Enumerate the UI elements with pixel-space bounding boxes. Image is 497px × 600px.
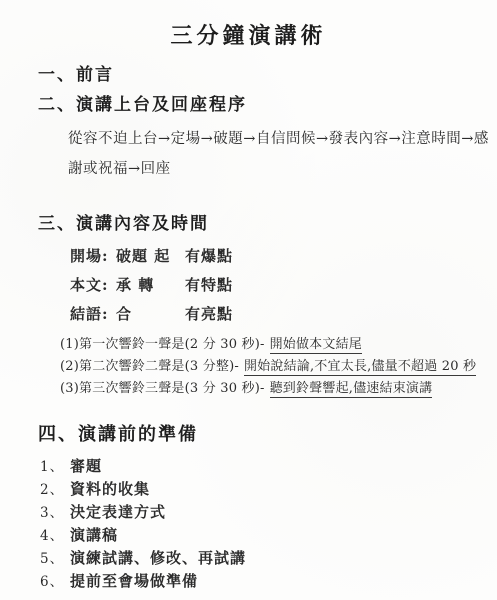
bell-line: (3)第三次響鈴三聲是(3 分 30 秒)-聽到鈴聲響起,儘速結束演講 <box>60 378 497 400</box>
row-note: 有亮點 <box>185 303 233 324</box>
row-body: 承 轉 <box>116 274 185 295</box>
row-label: 開場: <box>70 245 116 266</box>
procedure-flow-line: 謝或祝福→回座 <box>68 154 477 184</box>
list-item: 3、 決定表達方式 <box>40 501 497 524</box>
prep-list: 1、 審題 2、 資料的收集 3、 決定表達方式 4、 演講稿 5、 演練試講、… <box>40 455 497 593</box>
content-row: 本文: 承 轉 有特點 <box>70 274 497 303</box>
item-number: 3、 <box>40 502 70 525</box>
bell-underline: 聽到鈴聲響起,儘速結束演講 <box>270 381 433 398</box>
list-item: 1、 審題 <box>40 455 497 478</box>
row-note: 有特點 <box>185 274 233 295</box>
bell-text: (3)第三次響鈴三聲是(3 分 30 秒)- <box>60 381 265 396</box>
row-body: 破題 起 <box>116 245 185 266</box>
content-timing-rows: 開場: 破題 起 有爆點 本文: 承 轉 有特點 結語: 合 有亮點 <box>70 245 497 332</box>
section-heading-4: 四、演講前的準備 <box>38 422 497 448</box>
doc-title: 三分鐘演講術 <box>0 0 497 50</box>
bell-timing-notes: (1)第一次響鈴一聲是(2 分 30 秒)-開始做本文結尾 (2)第二次響鈴二聲… <box>60 334 497 400</box>
item-text: 演講稿 <box>70 524 118 547</box>
item-number: 2、 <box>40 479 70 502</box>
section-heading-1: 一、前言 <box>38 63 497 87</box>
bell-text: (1)第一次響鈴一聲是(2 分 30 秒)- <box>60 337 265 352</box>
bell-text: (2)第二次響鈴二聲是(3 分整)- <box>60 359 239 374</box>
procedure-flow-text: 從容不迫上台→定場→破題→自信問候→發表內容→注意時間→感 謝或祝福→回座 <box>68 124 477 184</box>
item-text: 資料的收集 <box>70 478 150 501</box>
bell-underline: 開始做本文結尾 <box>270 337 362 354</box>
document-page: 三分鐘演講術 一、前言 二、演講上台及回座程序 從容不迫上台→定場→破題→自信問… <box>0 0 497 600</box>
item-text: 提前至會場做準備 <box>70 570 198 593</box>
row-label: 結語: <box>70 303 116 324</box>
item-number: 4、 <box>40 525 70 548</box>
bell-underline: 開始說結論,不宜太長,儘量不超過 20 秒 <box>244 359 476 376</box>
section-heading-3: 三、演講內容及時間 <box>38 212 497 236</box>
list-item: 2、 資料的收集 <box>40 478 497 501</box>
item-number: 5、 <box>40 548 70 571</box>
section-heading-2: 二、演講上台及回座程序 <box>38 93 497 117</box>
row-note: 有爆點 <box>185 245 233 266</box>
procedure-flow-line: 從容不迫上台→定場→破題→自信問候→發表內容→注意時間→感 <box>68 124 477 154</box>
item-number: 6、 <box>40 571 70 594</box>
item-text: 演練試講、修改、再試講 <box>70 547 246 570</box>
bell-line: (1)第一次響鈴一聲是(2 分 30 秒)-開始做本文結尾 <box>60 334 497 356</box>
item-number: 1、 <box>40 456 70 479</box>
list-item: 4、 演講稿 <box>40 524 497 547</box>
content-row: 結語: 合 有亮點 <box>70 303 497 332</box>
row-label: 本文: <box>70 274 116 295</box>
item-text: 審題 <box>70 455 102 478</box>
list-item: 6、 提前至會場做準備 <box>40 570 497 593</box>
content-row: 開場: 破題 起 有爆點 <box>70 245 497 274</box>
bell-line: (2)第二次響鈴二聲是(3 分整)-開始說結論,不宜太長,儘量不超過 20 秒 <box>60 356 497 378</box>
row-body: 合 <box>116 303 185 324</box>
item-text: 決定表達方式 <box>70 501 166 524</box>
list-item: 5、 演練試講、修改、再試講 <box>40 547 497 570</box>
